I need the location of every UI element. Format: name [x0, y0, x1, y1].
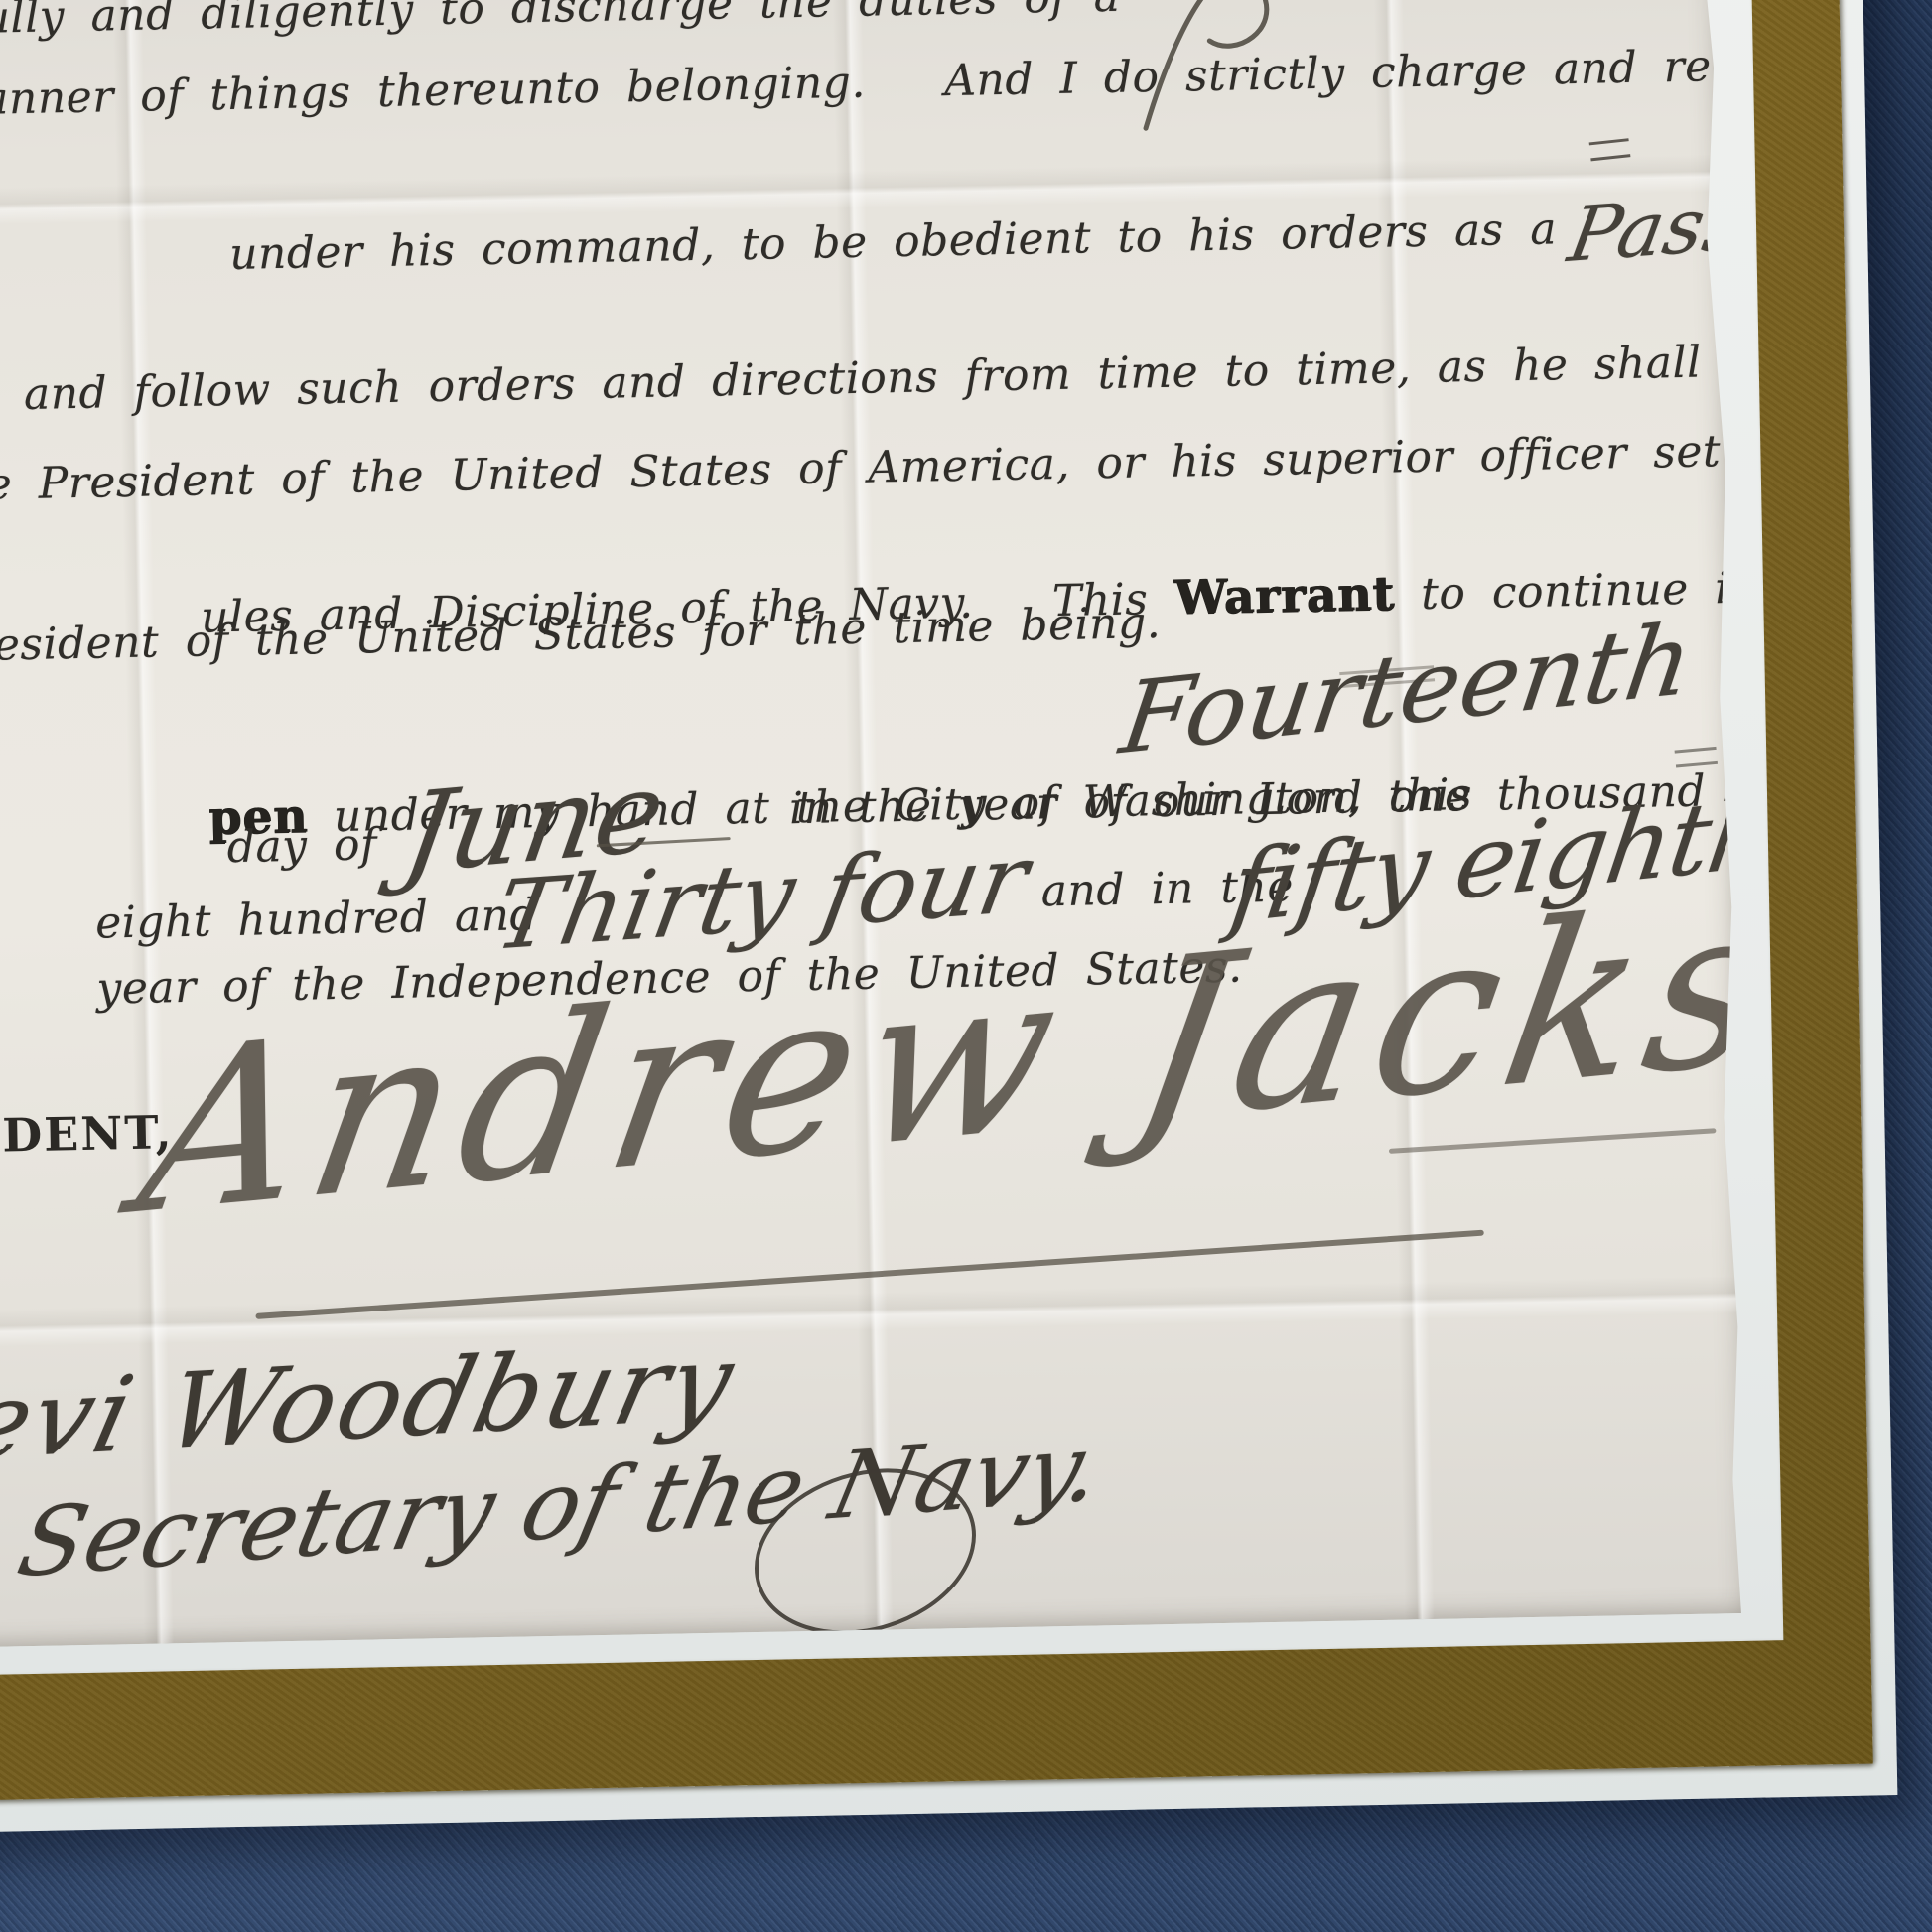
- continuation-mark: [1675, 747, 1718, 768]
- printed-line-belonging: anner of things thereunto belonging. And…: [0, 39, 1753, 125]
- printed-line-orders: and follow such orders and directions fr…: [23, 338, 1702, 420]
- oval-flourish-icon: [740, 1450, 992, 1651]
- frame-stack: ully and diligently to discharge the dut…: [0, 0, 1897, 1839]
- printed-obedient-text: under his command, to be obedient to his…: [229, 204, 1558, 280]
- printed-line-obedient: under his command, to be obedient to his…: [17, 120, 1752, 347]
- printed-line-duties-fragment: ully and diligently to discharge the dut…: [0, 0, 1121, 44]
- printed-line-president-superior: e President of the United States of Amer…: [0, 426, 1722, 510]
- signature-underline: [255, 1230, 1484, 1319]
- printed-day-of: day of: [226, 819, 377, 873]
- printed-discipline-post: to continue in force: [1394, 560, 1753, 621]
- warrant-blackletter-word: Warrant: [1173, 567, 1395, 625]
- warrant-document-paper: ully and diligently to discharge the dut…: [0, 0, 1753, 1651]
- framed-warrant-photo: ully and diligently to discharge the dut…: [0, 0, 1932, 1932]
- printed-eight-hundred: eight hundred and: [95, 890, 539, 949]
